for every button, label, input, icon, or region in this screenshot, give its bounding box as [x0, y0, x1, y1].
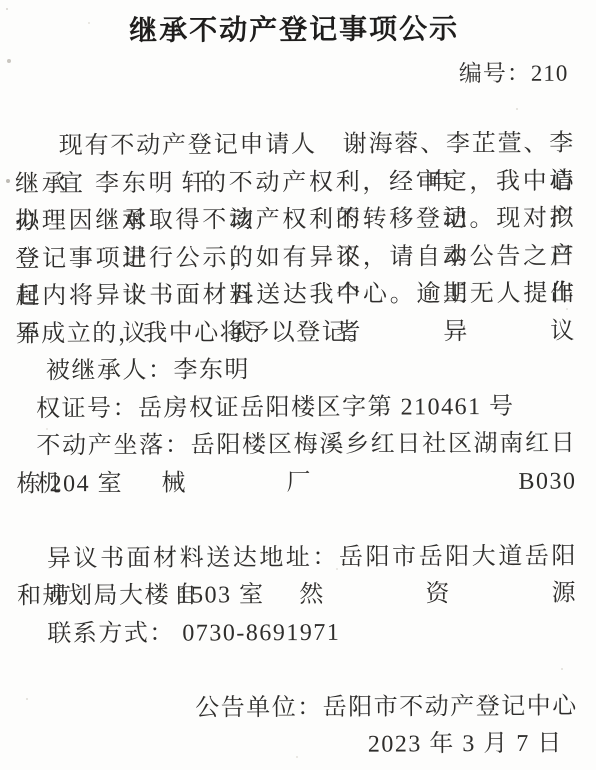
paragraph-line-4: 登记事项进行公示，如有异议，请自本公告之日起十五个工作 [15, 238, 575, 278]
field-heir: 被继承人：李东明 [16, 351, 576, 391]
blank-line [17, 501, 577, 541]
blank-line [17, 651, 577, 691]
field-property-location-1: 不动产坐落：岳阳楼区梅溪乡红日社区湖南红日机械厂 B030 [16, 426, 576, 466]
field-certificate-number: 权证号：岳房权证岳阳楼区字第 210461 号 [16, 388, 576, 428]
field-contact-phone: 联系方式： 0730-8691971 [17, 613, 577, 653]
document-content: 继承不动产登记事项公示 编号：210 现有不动产登记申请人 谢海蓉、李芷萱、李宜… [0, 0, 596, 766]
field-objection-address-1: 异议书面材料送达地址：岳阳市岳阳大道岳阳市自然资源 [17, 538, 577, 578]
notice-document: 继承不动产登记事项公示 编号：210 现有不动产登记申请人 谢海蓉、李芷萱、李宜… [0, 0, 596, 770]
paragraph-line-2: 继承 李东明 的不动产权利，经审定，我中心拟对该不动产 [15, 163, 575, 203]
paragraph-line-3: 办理因继承取得不动产权利的转移登记。现对拟登记的不动产 [15, 201, 575, 241]
page-title: 继承不动产登记事项公示 [14, 9, 574, 52]
footer-date: 2023 年 3 月 7 日 [18, 726, 578, 766]
doc-number: 编号：210 [14, 55, 574, 95]
footer-issuing-unit: 公告单位：岳阳市不动产登记中心 [18, 688, 578, 728]
notice-body: 现有不动产登记申请人 谢海蓉、李芷萱、李宜轩 申请 继承 李东明 的不动产权利，… [15, 126, 578, 766]
paragraph-line-5: 日内将异议书面材料送达我中心。逾期无人提出异议或者异议 [15, 276, 575, 316]
paragraph-line-1: 现有不动产登记申请人 谢海蓉、李芷萱、李宜轩 申请 [15, 126, 575, 166]
